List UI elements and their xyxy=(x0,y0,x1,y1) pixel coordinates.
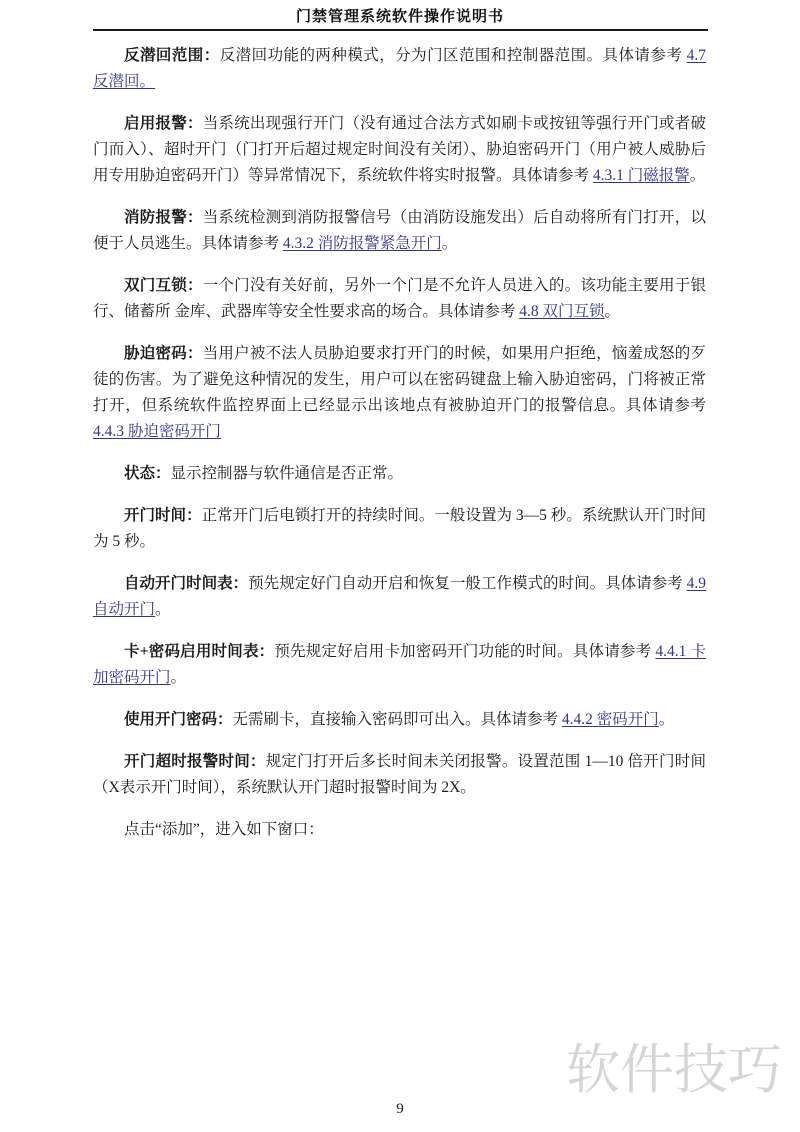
watermark: 软件技巧 xyxy=(566,1041,782,1099)
paragraph-text: 无需刷卡，直接输入密码即可出入。具体请参考 xyxy=(233,711,562,728)
term-label: 开门时间： xyxy=(124,507,202,524)
term-label: 状态： xyxy=(124,465,171,482)
manual-paragraph: 反潜回范围：反潜回功能的两种模式，分为门区范围和控制器范围。具体请参考 4.7 … xyxy=(93,43,706,95)
paragraph-text-after: 。 xyxy=(659,711,675,728)
ref-link-4-4-3[interactable]: 4.4.3 胁迫密码开门 xyxy=(93,423,221,440)
manual-paragraph: 开门时间：正常开门后电锁打开的持续时间。一般设置为 3—5 秒。系统默认开门时间… xyxy=(93,503,706,555)
paragraph-text: 反潜回功能的两种模式，分为门区范围和控制器范围。具体请参考 xyxy=(220,47,687,64)
paragraph-text: 预先规定好门自动开启和恢复一般工作模式的时间。具体请参考 xyxy=(248,575,686,592)
paragraph-text: 点击“添加”，进入如下窗口： xyxy=(124,821,324,838)
term-label: 反潜回范围： xyxy=(124,47,220,64)
paragraph-text-after: 。 xyxy=(171,669,187,686)
page-number: 9 xyxy=(0,1101,800,1118)
term-label: 卡+密码启用时间表： xyxy=(124,643,274,660)
term-label: 自动开门时间表： xyxy=(124,575,248,592)
paragraph-text-after: 。 xyxy=(690,167,706,184)
term-label: 双门互锁： xyxy=(124,277,203,294)
ref-link-4-3-1[interactable]: 4.3.1 门磁报警 xyxy=(593,167,690,184)
manual-paragraph: 自动开门时间表：预先规定好门自动开启和恢复一般工作模式的时间。具体请参考 4.9… xyxy=(93,571,706,623)
term-label: 使用开门密码： xyxy=(124,711,233,728)
manual-paragraph: 使用开门密码：无需刷卡，直接输入密码即可出入。具体请参考 4.4.2 密码开门。 xyxy=(93,707,706,733)
manual-page: 门禁管理系统软件操作说明书 反潜回范围：反潜回功能的两种模式，分为门区范围和控制… xyxy=(0,0,800,1132)
manual-paragraph: 消防报警：当系统检测到消防报警信号（由消防设施发出）后自动将所有门打开，以便于人… xyxy=(93,205,706,257)
manual-paragraph: 点击“添加”，进入如下窗口： xyxy=(93,817,706,843)
paragraph-text: 预先规定好启用卡加密码开门功能的时间。具体请参考 xyxy=(274,643,655,660)
paragraph-text-after: 。 xyxy=(442,235,458,252)
paragraph-text-after: 。 xyxy=(605,303,621,320)
paragraph-text-after: 。 xyxy=(155,601,171,618)
manual-paragraph: 开门超时报警时间：规定门打开后多长时间未关闭报警。设置范围 1—10 倍开门时间… xyxy=(93,749,706,801)
term-label: 消防报警： xyxy=(124,209,203,226)
manual-paragraph: 卡+密码启用时间表：预先规定好启用卡加密码开门功能的时间。具体请参考 4.4.1… xyxy=(93,639,706,691)
ref-link-4-4-2[interactable]: 4.4.2 密码开门 xyxy=(562,711,659,728)
page-content: 反潜回范围：反潜回功能的两种模式，分为门区范围和控制器范围。具体请参考 4.7 … xyxy=(93,43,706,859)
manual-paragraph: 胁迫密码：当用户被不法人员胁迫要求打开门的时候，如果用户拒绝，恼羞成怒的歹徒的伤… xyxy=(93,341,706,445)
ref-link-4-8[interactable]: 4.8 双门互锁 xyxy=(519,303,604,320)
manual-paragraph: 双门互锁：一个门没有关好前，另外一个门是不允许人员进入的。该功能主要用于银行、储… xyxy=(93,273,706,325)
ref-link-4-3-2[interactable]: 4.3.2 消防报警紧急开门 xyxy=(283,235,442,252)
term-label: 启用报警： xyxy=(124,115,203,132)
manual-paragraph: 状态：显示控制器与软件通信是否正常。 xyxy=(93,461,706,487)
page-header-title: 门禁管理系统软件操作说明书 xyxy=(0,5,800,26)
header-rule xyxy=(93,29,708,31)
term-label: 开门超时报警时间： xyxy=(124,753,266,770)
term-label: 胁迫密码： xyxy=(124,345,203,362)
manual-paragraph: 启用报警：当系统出现强行开门（没有通过合法方式如刷卡或按钮等强行开门或者破门而入… xyxy=(93,111,706,189)
paragraph-text: 显示控制器与软件通信是否正常。 xyxy=(171,465,404,482)
